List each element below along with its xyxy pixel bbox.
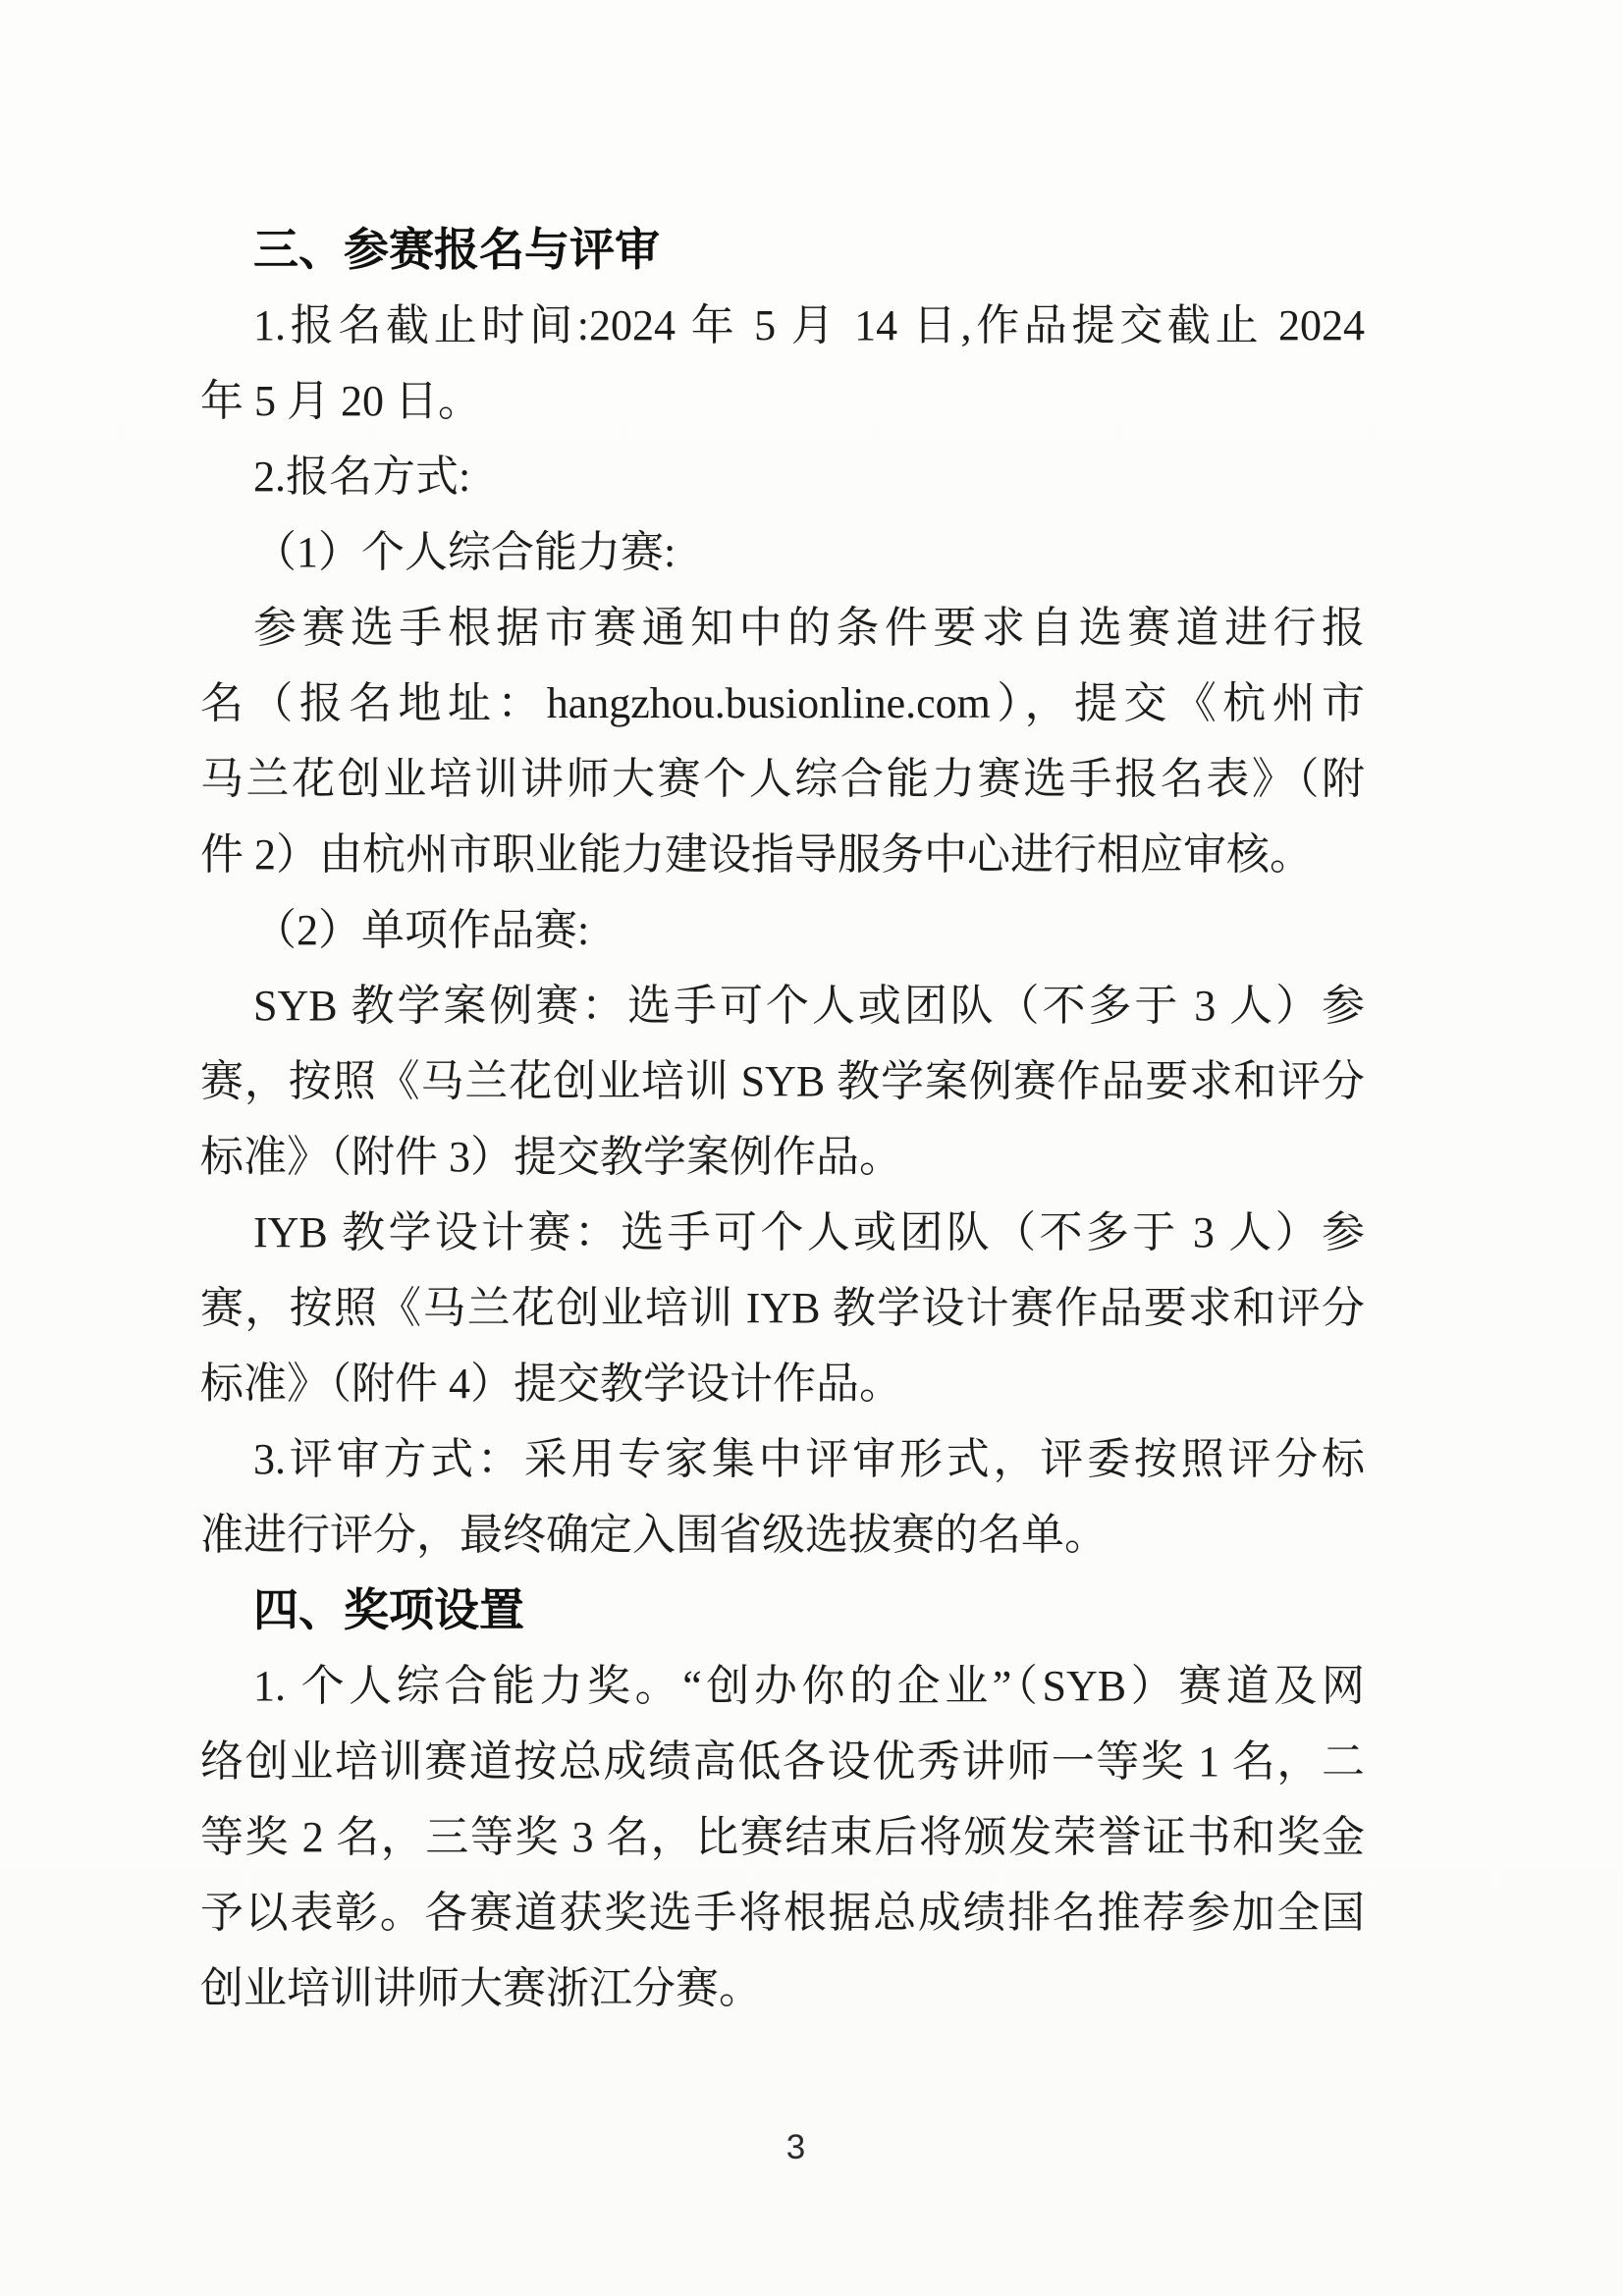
text-line: 予以表彰。各赛道获奖选手将根据总成绩排名推荐参加全国	[200, 1875, 1365, 1950]
text-line-deadline-cont: 年 5 月 20 日。	[200, 363, 1365, 439]
page-content: 三、参赛报名与评审 1.报名截止时间:2024 年 5 月 14 日,作品提交截…	[200, 212, 1365, 2026]
text-line-registration-url: 名（报名地址：hangzhou.busionline.com），提交《杭州市	[200, 666, 1365, 741]
text-line-awards: 1. 个人综合能力奖。“创办你的企业”（SYB）赛道及网	[200, 1648, 1365, 1724]
text-line: 准进行评分，最终确定入围省级选拔赛的名单。	[200, 1497, 1365, 1573]
text-line: 标准》（附件 4）提交教学设计作品。	[200, 1346, 1365, 1421]
document-page: 三、参赛报名与评审 1.报名截止时间:2024 年 5 月 14 日,作品提交截…	[0, 0, 1623, 2296]
text-line-iyb: IYB 教学设计赛：选手可个人或团队（不多于 3 人）参	[200, 1195, 1365, 1270]
text-line: 马兰花创业培训讲师大赛个人综合能力赛选手报名表》（附	[200, 741, 1365, 817]
text-line: 络创业培训赛道按总成绩高低各设优秀讲师一等奖 1 名，二	[200, 1724, 1365, 1799]
text-line: 参赛选手根据市赛通知中的条件要求自选赛道进行报	[200, 590, 1365, 666]
text-line-individual-competition: （1）个人综合能力赛:	[200, 514, 1365, 590]
text-line-registration-method: 2.报名方式:	[200, 439, 1365, 514]
text-line: 标准》（附件 3）提交教学案例作品。	[200, 1119, 1365, 1195]
text-line: 赛，按照《马兰花创业培训 IYB 教学设计赛作品要求和评分	[200, 1270, 1365, 1346]
text-line: 赛，按照《马兰花创业培训 SYB 教学案例赛作品要求和评分	[200, 1043, 1365, 1119]
text-line-review-method: 3.评审方式：采用专家集中评审形式，评委按照评分标	[200, 1421, 1365, 1497]
text-line-syb: SYB 教学案例赛：选手可个人或团队（不多于 3 人）参	[200, 968, 1365, 1043]
text-line-registration-deadline: 1.报名截止时间:2024 年 5 月 14 日,作品提交截止 2024	[200, 288, 1365, 363]
text-line: 件 2）由杭州市职业能力建设指导服务中心进行相应审核。	[200, 817, 1365, 892]
text-line: 等奖 2 名，三等奖 3 名，比赛结束后将颁发荣誉证书和奖金	[200, 1799, 1365, 1875]
text-line-single-works-competition: （2）单项作品赛:	[200, 892, 1365, 968]
page-number: 3	[0, 2118, 1607, 2177]
text-line: 创业培训讲师大赛浙江分赛。	[200, 1950, 1365, 2026]
section-heading-3: 三、参赛报名与评审	[200, 212, 1365, 288]
section-heading-4: 四、奖项设置	[200, 1573, 1365, 1648]
